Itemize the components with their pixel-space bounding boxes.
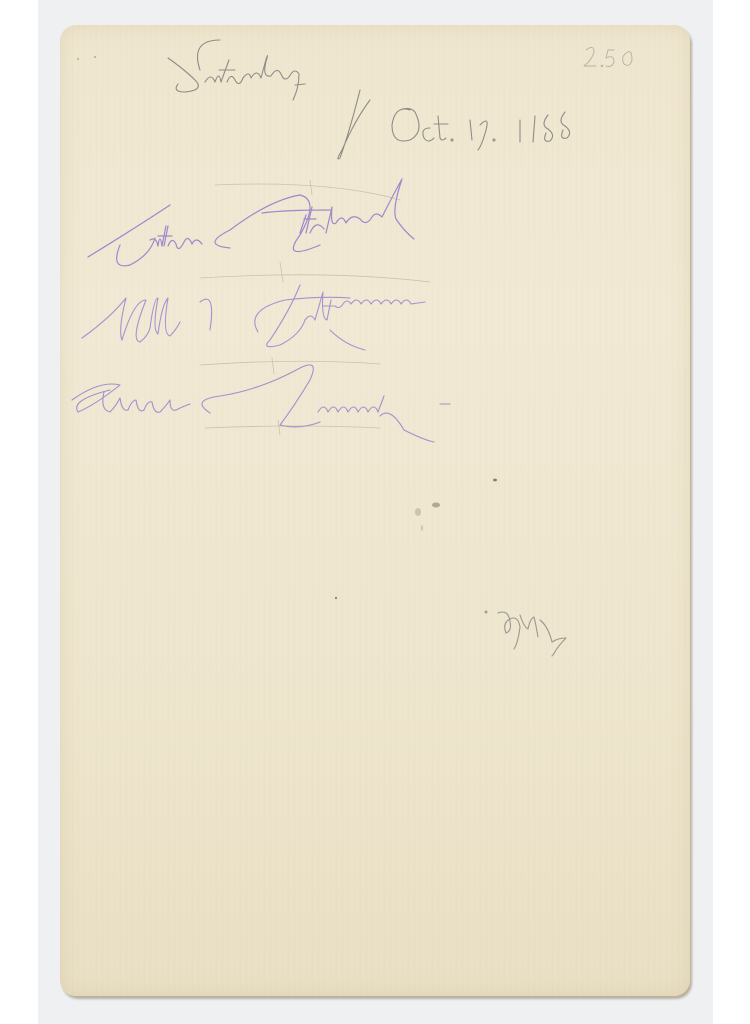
inscription-date	[338, 90, 570, 159]
name-anna-sennix	[72, 365, 450, 442]
handwriting-layer	[0, 0, 750, 1024]
name-nellie-saltzman	[82, 285, 425, 350]
inscription-day	[168, 40, 305, 100]
inscription-mark	[485, 611, 566, 656]
inscription-price	[584, 47, 632, 66]
